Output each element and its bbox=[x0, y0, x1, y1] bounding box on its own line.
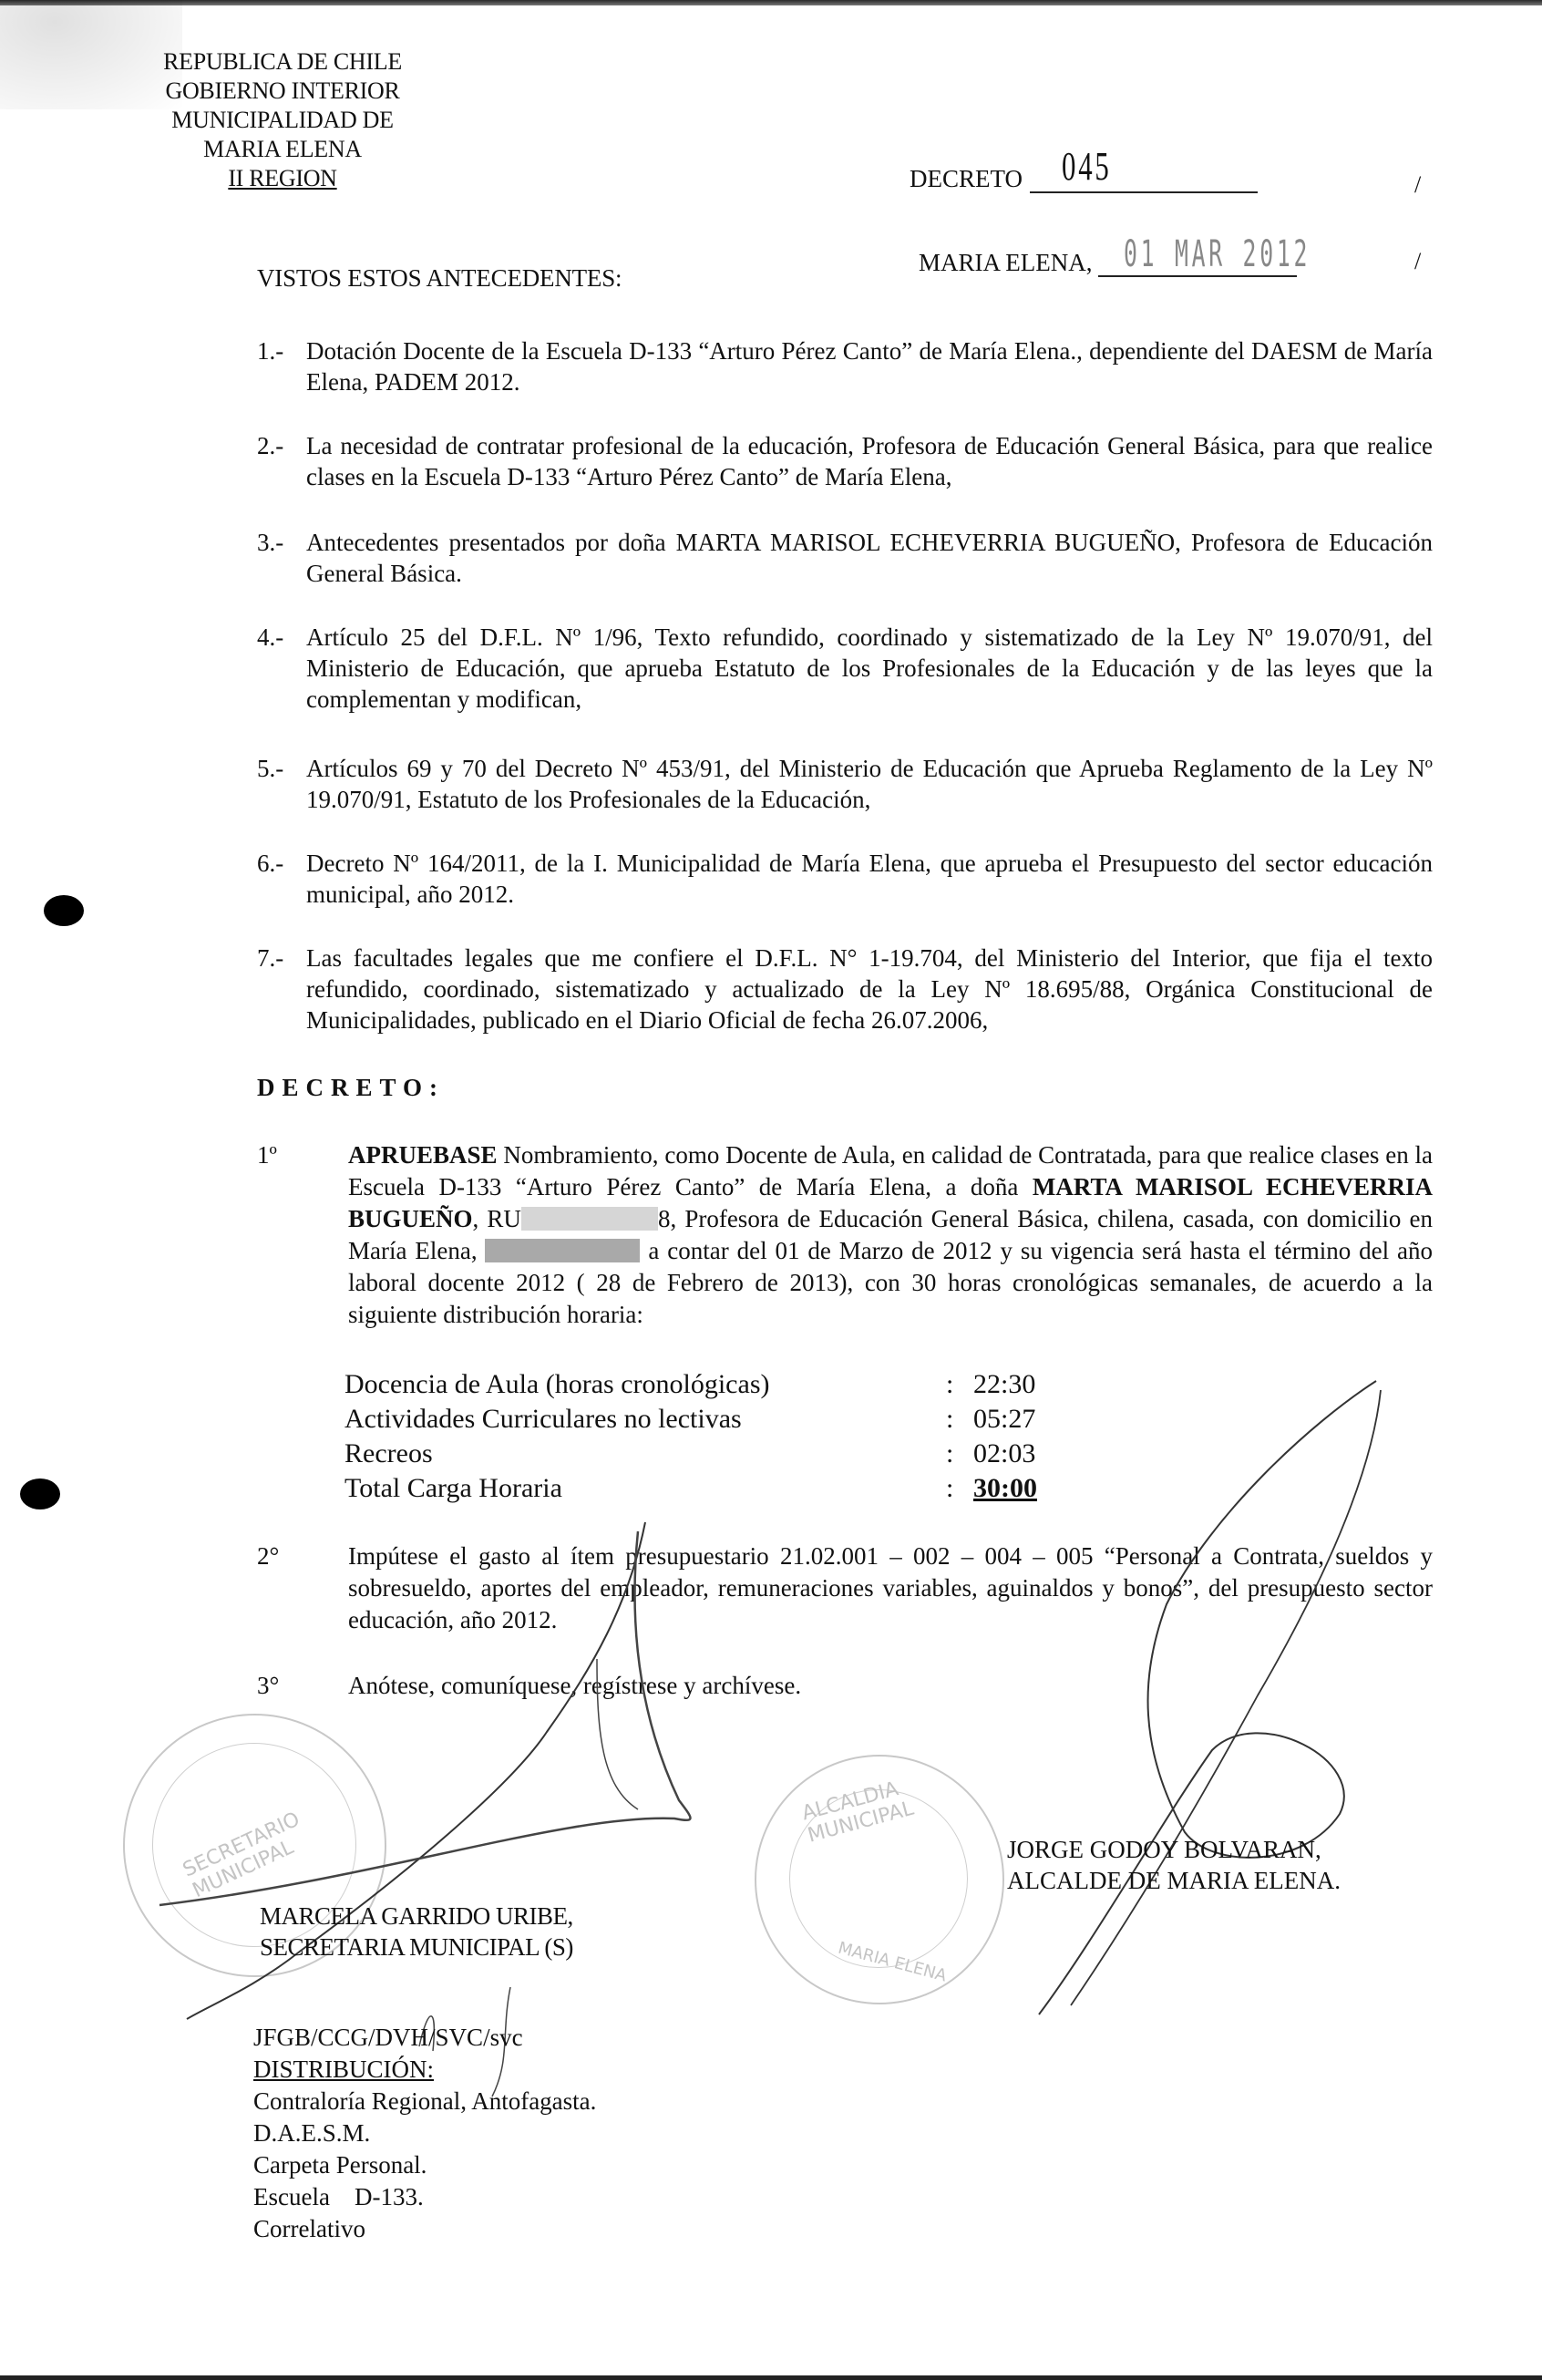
mayor-name: JORGE GODOY BOLVARAN, bbox=[1007, 1834, 1341, 1865]
secretary-title: SECRETARIA MUNICIPAL (S) bbox=[260, 1932, 573, 1963]
decree-number: 045 bbox=[1062, 143, 1112, 190]
letterhead-line: MARIA ELENA bbox=[137, 135, 428, 164]
antecedent-number: 5.- bbox=[257, 753, 283, 784]
antecedent-text: Artículo 25 del D.F.L. Nº 1/96, Texto re… bbox=[306, 622, 1433, 715]
distribution-block: JFGB/CCG/DVH/SVC/svc DISTRIBUCIÓN: Contr… bbox=[253, 2022, 596, 2245]
hours-colon: : bbox=[946, 1367, 953, 1402]
approve-lead: APRUEBASE bbox=[348, 1141, 498, 1169]
resolution-text-part: , RU bbox=[473, 1205, 521, 1232]
antecedent-number: 4.- bbox=[257, 622, 283, 653]
secretary-signature-block: MARCELA GARRIDO URIBE, SECRETARIA MUNICI… bbox=[260, 1901, 573, 1963]
letterhead: REPUBLICA DE CHILE GOBIERNO INTERIOR MUN… bbox=[137, 47, 428, 193]
scan-edge-top bbox=[0, 0, 1542, 5]
antecedent-text: Las facultades legales que me confiere e… bbox=[306, 943, 1433, 1035]
redacted-address bbox=[485, 1239, 640, 1262]
antecedent-text: La necesidad de contratar profesional de… bbox=[306, 430, 1433, 492]
hours-total-value: 30:00 bbox=[973, 1471, 1037, 1506]
secretary-name: MARCELA GARRIDO URIBE, bbox=[260, 1901, 573, 1932]
distribution-item: D.A.E.S.M. bbox=[253, 2117, 596, 2149]
antecedent-number: 2.- bbox=[257, 430, 283, 461]
place-label: MARIA ELENA, bbox=[919, 249, 1093, 276]
punch-hole-icon bbox=[44, 895, 84, 926]
mayor-title: ALCALDE DE MARIA ELENA. bbox=[1007, 1865, 1341, 1896]
date-field: 01 MAR 2012 bbox=[1098, 244, 1297, 277]
decree-label: DECRETO bbox=[910, 165, 1023, 192]
resolution-third: 3° Anótese, comuníquese, regístrese y ar… bbox=[257, 1670, 1433, 1702]
reference-initials: JFGB/CCG/DVH/SVC/svc bbox=[253, 2022, 596, 2054]
resolution-second: 2° Impútese el gasto al ítem presupuesta… bbox=[257, 1540, 1433, 1636]
antecedent-text: Artículos 69 y 70 del Decreto Nº 453/91,… bbox=[306, 753, 1433, 815]
resolution-text: APRUEBASE Nombramiento, como Docente de … bbox=[348, 1139, 1433, 1331]
letterhead-line: GOBIERNO INTERIOR bbox=[137, 77, 428, 106]
date-slash: / bbox=[1414, 248, 1421, 275]
hours-row: Actividades Curriculares no lectivas : 0… bbox=[344, 1402, 1074, 1437]
decree-slash: / bbox=[1414, 171, 1421, 199]
mayor-signature-block: JORGE GODOY BOLVARAN, ALCALDE DE MARIA E… bbox=[1007, 1834, 1341, 1896]
letterhead-line: MUNICIPALIDAD DE bbox=[137, 106, 428, 135]
hours-label: Actividades Curriculares no lectivas bbox=[344, 1402, 742, 1437]
antecedent-item: 6.- Decreto Nº 164/2011, de la I. Munici… bbox=[257, 848, 1433, 910]
decreto-heading: DECRETO: bbox=[257, 1074, 445, 1102]
date-stamp: 01 MAR 2012 bbox=[1124, 233, 1311, 275]
resolution-text: Impútese el gasto al ítem presupuestario… bbox=[348, 1540, 1433, 1636]
antecedent-text: Antecedentes presentados por doña MARTA … bbox=[306, 527, 1433, 589]
distribution-item: Contraloría Regional, Antofagasta. bbox=[253, 2086, 596, 2117]
hours-label: Docencia de Aula (horas cronológicas) bbox=[344, 1367, 769, 1402]
resolution-number: 2° bbox=[257, 1540, 279, 1572]
antecedent-number: 6.- bbox=[257, 848, 283, 879]
hours-row: Recreos : 02:03 bbox=[344, 1437, 1074, 1471]
decree-number-field: 045 bbox=[1030, 164, 1258, 193]
antecedent-text: Dotación Docente de la Escuela D-133 “Ar… bbox=[306, 335, 1433, 397]
antecedent-number: 7.- bbox=[257, 943, 283, 974]
scan-edge-bottom bbox=[0, 2375, 1542, 2380]
distribution-item: Carpeta Personal. bbox=[253, 2149, 596, 2181]
hours-label: Recreos bbox=[344, 1437, 433, 1471]
distribution-item: Escuela D-133. bbox=[253, 2181, 596, 2213]
vistos-heading: VISTOS ESTOS ANTECEDENTES: bbox=[257, 264, 622, 293]
resolution-first: 1º APRUEBASE Nombramiento, como Docente … bbox=[257, 1139, 1433, 1331]
antecedent-number: 1.- bbox=[257, 335, 283, 366]
antecedent-item: 4.- Artículo 25 del D.F.L. Nº 1/96, Text… bbox=[257, 622, 1433, 715]
resolution-number: 1º bbox=[257, 1139, 277, 1171]
antecedent-number: 3.- bbox=[257, 527, 283, 558]
hours-row: Docencia de Aula (horas cronológicas) : … bbox=[344, 1367, 1074, 1402]
mayor-seal-icon: ALCALDIA MUNICIPAL MARIA ELENA bbox=[755, 1755, 1004, 2004]
hours-colon: : bbox=[946, 1402, 953, 1437]
hours-value: 22:30 bbox=[973, 1367, 1035, 1402]
hours-label: Total Carga Horaria bbox=[344, 1471, 562, 1506]
antecedent-item: 7.- Las facultades legales que me confie… bbox=[257, 943, 1433, 1035]
hours-table: Docencia de Aula (horas cronológicas) : … bbox=[344, 1367, 1074, 1506]
hours-colon: : bbox=[946, 1437, 953, 1471]
hours-value: 02:03 bbox=[973, 1437, 1035, 1471]
distribution-title: DISTRIBUCIÓN: bbox=[253, 2054, 596, 2086]
decree-date-line: MARIA ELENA,01 MAR 2012 bbox=[919, 244, 1297, 277]
hours-value: 05:27 bbox=[973, 1402, 1035, 1437]
decree-number-line: DECRETO045 bbox=[910, 164, 1258, 193]
antecedent-item: 3.- Antecedentes presentados por doña MA… bbox=[257, 527, 1433, 589]
distribution-item: Correlativo bbox=[253, 2213, 596, 2245]
letterhead-region: II REGION bbox=[137, 164, 428, 193]
antecedent-text: Decreto Nº 164/2011, de la I. Municipali… bbox=[306, 848, 1433, 910]
resolution-text: Anótese, comuníquese, regístrese y archí… bbox=[348, 1670, 1433, 1702]
hours-row-total: Total Carga Horaria : 30:00 bbox=[344, 1471, 1074, 1506]
antecedent-item: 1.- Dotación Docente de la Escuela D-133… bbox=[257, 335, 1433, 397]
antecedent-item: 2.- La necesidad de contratar profesiona… bbox=[257, 430, 1433, 492]
antecedent-item: 5.- Artículos 69 y 70 del Decreto Nº 453… bbox=[257, 753, 1433, 815]
punch-hole-icon bbox=[20, 1478, 60, 1509]
hours-colon: : bbox=[946, 1471, 953, 1506]
resolution-number: 3° bbox=[257, 1670, 279, 1702]
letterhead-line: REPUBLICA DE CHILE bbox=[137, 47, 428, 77]
redacted-rut bbox=[521, 1207, 658, 1231]
